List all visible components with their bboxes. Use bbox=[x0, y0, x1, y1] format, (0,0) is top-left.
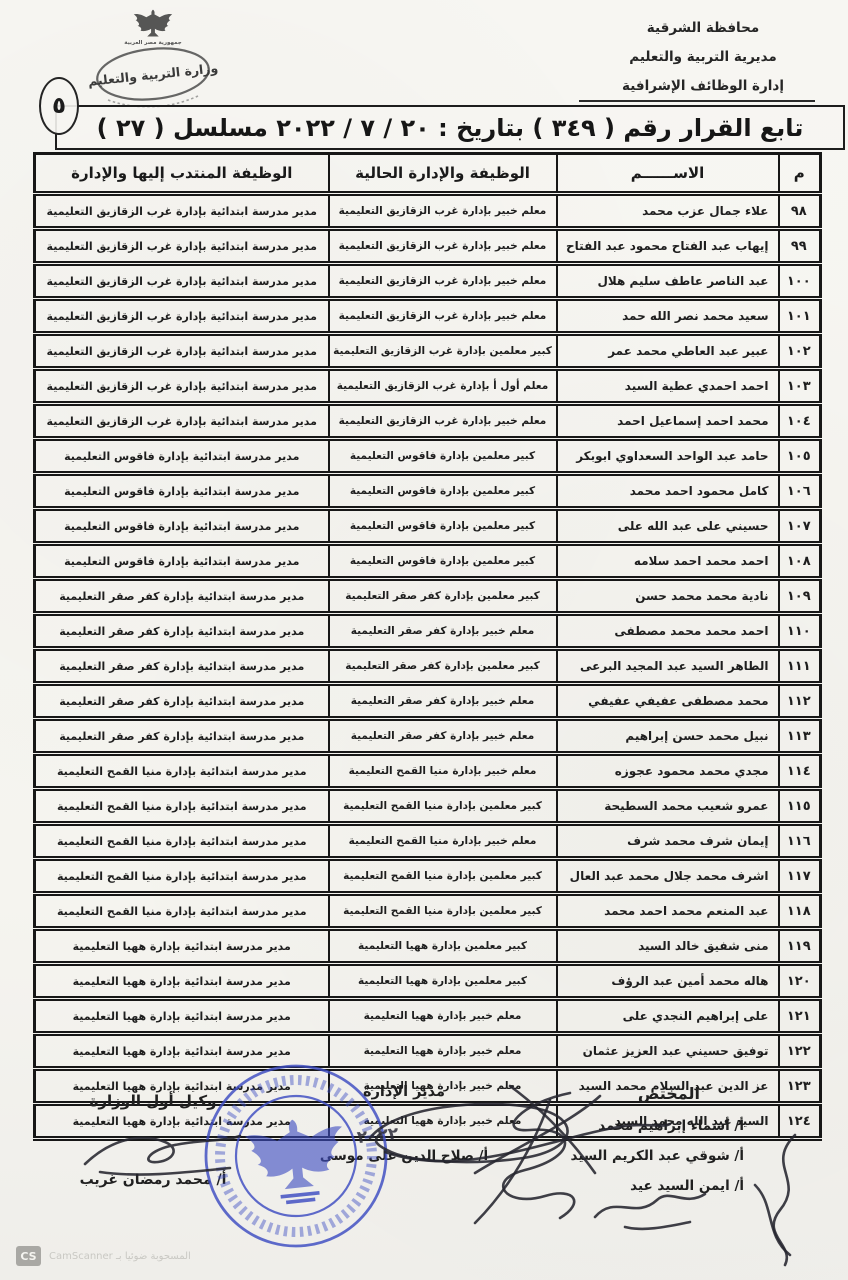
org-line-directorate: مديرية التربية والتعليم bbox=[592, 43, 814, 72]
header-emblems: جمهورية مصر العربية وزارة التربية والتعل… bbox=[86, 2, 220, 114]
cell-current: معلم خبير بإدارة غرب الزقازيق التعليمية bbox=[329, 229, 557, 264]
cell-name: علاء جمال عزب محمد bbox=[557, 194, 779, 229]
cell-current: كبير معلمين بإدارة منيا القمح التعليمية bbox=[329, 894, 557, 929]
table-row: ١٠٥حامد عبد الواحد السعداوي ابوبكركبير م… bbox=[35, 439, 821, 474]
cell-seconded: مدير مدرسة ابتدائية بإدارة منيا القمح ال… bbox=[35, 754, 329, 789]
decree-table: م الاســــــم الوظيفة والإدارة الحالية ا… bbox=[33, 152, 822, 1141]
table-row: ٩٩إيهاب عبد الفتاح محمود عبد الفتاحمعلم … bbox=[35, 229, 821, 264]
cell-num: ١٠٢ bbox=[779, 334, 821, 369]
page-number-circle: ٥ bbox=[39, 77, 79, 135]
cell-name: على إبراهيم النجدي على bbox=[557, 999, 779, 1034]
camscanner-label: المسحوبة ضوئيا بـ CamScanner bbox=[49, 1251, 191, 1262]
cell-current: معلم خبير بإدارة كفر صقر التعليمية bbox=[329, 614, 557, 649]
cell-num: ١١٥ bbox=[779, 789, 821, 824]
table-row: ١١٨عبد المنعم محمد احمد محمدكبير معلمين … bbox=[35, 894, 821, 929]
table-row: ١١٩منى شفيق خالد السيدكبير معلمين بإدارة… bbox=[35, 929, 821, 964]
cell-current: معلم خبير بإدارة منيا القمح التعليمية bbox=[329, 824, 557, 859]
cell-seconded: مدير مدرسة ابتدائية بإدارة فاقوس التعليم… bbox=[35, 509, 329, 544]
cell-current: كبير معلمين بإدارة فاقوس التعليمية bbox=[329, 474, 557, 509]
table-row: ١١١الطاهر السيد عبد المجيد البرعىكبير مع… bbox=[35, 649, 821, 684]
table-row: ١١٦إيمان شرف محمد شرفمعلم خبير بإدارة من… bbox=[35, 824, 821, 859]
cell-seconded: مدير مدرسة ابتدائية بإدارة ههيا التعليمي… bbox=[35, 999, 329, 1034]
table-row: ١٢٠هاله محمد أمين عبد الرؤفكبير معلمين ب… bbox=[35, 964, 821, 999]
org-line-governorate: محافظة الشرقية bbox=[592, 14, 814, 43]
decree-title-box: تابع القرار رقم ( ٣٤٩ ) بتاريخ : ٢٠ / ٧ … bbox=[55, 105, 845, 150]
cell-seconded: مدير مدرسة ابتدائية بإدارة منيا القمح ال… bbox=[35, 789, 329, 824]
table-row: ١٠٠عبد الناصر عاطف سليم هلالمعلم خبير بإ… bbox=[35, 264, 821, 299]
cell-name: توفيق حسيني عبد العزيز عثمان bbox=[557, 1034, 779, 1069]
cell-num: ١٢١ bbox=[779, 999, 821, 1034]
cell-current: معلم أول أ بإدارة غرب الزقازيق التعليمية bbox=[329, 369, 557, 404]
table-header-name: الاســــــم bbox=[557, 154, 779, 194]
table-header-row: م الاســــــم الوظيفة والإدارة الحالية ا… bbox=[35, 154, 821, 194]
table-header-current: الوظيفة والإدارة الحالية bbox=[329, 154, 557, 194]
cell-seconded: مدير مدرسة ابتدائية بإدارة فاقوس التعليم… bbox=[35, 544, 329, 579]
cell-current: كبير معلمين بإدارة منيا القمح التعليمية bbox=[329, 789, 557, 824]
cell-seconded: مدير مدرسة ابتدائية بإدارة فاقوس التعليم… bbox=[35, 439, 329, 474]
ministry-logo-icon: وزارة التربية والتعليم bbox=[86, 42, 220, 105]
cell-name: احمد محمد محمد مصطفى bbox=[557, 614, 779, 649]
cell-num: ١٢٣ bbox=[779, 1069, 821, 1104]
table-row: ١٠٨احمد محمد احمد سلامهكبير معلمين بإدار… bbox=[35, 544, 821, 579]
cell-name: عبد الناصر عاطف سليم هلال bbox=[557, 264, 779, 299]
cell-seconded: مدير مدرسة ابتدائية بإدارة منيا القمح ال… bbox=[35, 894, 329, 929]
cell-name: سعيد محمد نصر الله حمد bbox=[557, 299, 779, 334]
cell-name: نادية محمد محمد حسن bbox=[557, 579, 779, 614]
cell-current: كبير معلمين بإدارة ههيا التعليمية bbox=[329, 929, 557, 964]
table-row: ١٠٣احمد احمدي عطية السيدمعلم أول أ بإدار… bbox=[35, 369, 821, 404]
table-header-seconded: الوظيفة المنتدب إليها والإدارة bbox=[35, 154, 329, 194]
table-row: ١٠٢عبير عبد العاطي محمد عمركبير معلمين ب… bbox=[35, 334, 821, 369]
org-line-department: إدارة الوظائف الإشرافية bbox=[592, 72, 814, 101]
cell-num: ١١١ bbox=[779, 649, 821, 684]
cell-num: ١١٣ bbox=[779, 719, 821, 754]
cell-num: ١٠٤ bbox=[779, 404, 821, 439]
cell-current: كبير معلمين بإدارة ههيا التعليمية bbox=[329, 964, 557, 999]
cell-name: محمد مصطفى عفيفي عفيفي bbox=[557, 684, 779, 719]
cell-current: كبير معلمين بإدارة فاقوس التعليمية bbox=[329, 544, 557, 579]
decree-title: تابع القرار رقم ( ٣٤٩ ) بتاريخ : ٢٠ / ٧ … bbox=[97, 114, 804, 142]
table-row: ١١٣نبيل محمد حسن إبراهيممعلم خبير بإدارة… bbox=[35, 719, 821, 754]
table-row: ١٢٢توفيق حسيني عبد العزيز عثمانمعلم خبير… bbox=[35, 1034, 821, 1069]
table-row: ١١٧اشرف محمد جلال محمد عبد العالكبير معل… bbox=[35, 859, 821, 894]
scanned-decree-document: محافظة الشرقية مديرية التربية والتعليم إ… bbox=[0, 0, 848, 1280]
cell-name: الطاهر السيد عبد المجيد البرعى bbox=[557, 649, 779, 684]
table-header-num: م bbox=[779, 154, 821, 194]
cell-name: هاله محمد أمين عبد الرؤف bbox=[557, 964, 779, 999]
table-row: ١٠٦كامل محمود احمد محمدكبير معلمين بإدار… bbox=[35, 474, 821, 509]
cell-num: ١١٤ bbox=[779, 754, 821, 789]
cell-num: ١٠٥ bbox=[779, 439, 821, 474]
cell-num: ١٢٢ bbox=[779, 1034, 821, 1069]
cell-name: كامل محمود احمد محمد bbox=[557, 474, 779, 509]
cell-seconded: مدير مدرسة ابتدائية بإدارة كفر صقر التعل… bbox=[35, 614, 329, 649]
camscanner-badge: CS bbox=[16, 1246, 41, 1266]
cell-name: عبد المنعم محمد احمد محمد bbox=[557, 894, 779, 929]
table-row: ١١٢محمد مصطفى عفيفي عفيفيمعلم خبير بإدار… bbox=[35, 684, 821, 719]
cell-name: عبير عبد العاطي محمد عمر bbox=[557, 334, 779, 369]
cell-num: ١١٠ bbox=[779, 614, 821, 649]
cell-num: ١٠٨ bbox=[779, 544, 821, 579]
cell-num: ١١٩ bbox=[779, 929, 821, 964]
cell-name: مجدي محمد محمود عجوزه bbox=[557, 754, 779, 789]
cell-seconded: مدير مدرسة ابتدائية بإدارة غرب الزقازيق … bbox=[35, 229, 329, 264]
table-row: ٩٨علاء جمال عزب محمدمعلم خبير بإدارة غرب… bbox=[35, 194, 821, 229]
cell-seconded: مدير مدرسة ابتدائية بإدارة غرب الزقازيق … bbox=[35, 264, 329, 299]
cell-seconded: مدير مدرسة ابتدائية بإدارة غرب الزقازيق … bbox=[35, 369, 329, 404]
cell-name: عمرو شعيب محمد السطيحة bbox=[557, 789, 779, 824]
cell-name: حامد عبد الواحد السعداوي ابوبكر bbox=[557, 439, 779, 474]
cell-current: كبير معلمين بإدارة منيا القمح التعليمية bbox=[329, 859, 557, 894]
cell-seconded: مدير مدرسة ابتدائية بإدارة كفر صقر التعل… bbox=[35, 684, 329, 719]
cell-num: ١٠٣ bbox=[779, 369, 821, 404]
cell-current: معلم خبير بإدارة غرب الزقازيق التعليمية bbox=[329, 264, 557, 299]
cell-seconded: مدير مدرسة ابتدائية بإدارة غرب الزقازيق … bbox=[35, 334, 329, 369]
cell-current: معلم خبير بإدارة غرب الزقازيق التعليمية bbox=[329, 404, 557, 439]
cell-seconded: مدير مدرسة ابتدائية بإدارة كفر صقر التعل… bbox=[35, 719, 329, 754]
table-row: ١١٥عمرو شعيب محمد السطيحةكبير معلمين بإد… bbox=[35, 789, 821, 824]
table-row: ١١٤مجدي محمد محمود عجوزهمعلم خبير بإدارة… bbox=[35, 754, 821, 789]
cell-current: معلم خبير بإدارة غرب الزقازيق التعليمية bbox=[329, 299, 557, 334]
cell-current: معلم خبير بإدارة كفر صقر التعليمية bbox=[329, 684, 557, 719]
cell-current: معلم خبير بإدارة منيا القمح التعليمية bbox=[329, 754, 557, 789]
cell-num: ٩٨ bbox=[779, 194, 821, 229]
cell-num: ١١٦ bbox=[779, 824, 821, 859]
cell-name: احمد محمد احمد سلامه bbox=[557, 544, 779, 579]
cell-current: كبير معلمين بإدارة كفر صقر التعليمية bbox=[329, 649, 557, 684]
cell-seconded: مدير مدرسة ابتدائية بإدارة كفر صقر التعل… bbox=[35, 579, 329, 614]
cell-current: معلم خبير بإدارة كفر صقر التعليمية bbox=[329, 719, 557, 754]
right-margin-signature bbox=[735, 1125, 845, 1275]
cell-num: ١٠١ bbox=[779, 299, 821, 334]
cell-num: ١٠٠ bbox=[779, 264, 821, 299]
table-row: ١٠٩نادية محمد محمد حسنكبير معلمين بإدارة… bbox=[35, 579, 821, 614]
cell-seconded: مدير مدرسة ابتدائية بإدارة منيا القمح ال… bbox=[35, 859, 329, 894]
cell-current: كبير معلمين بإدارة فاقوس التعليمية bbox=[329, 439, 557, 474]
cell-current: معلم خبير بإدارة ههيا التعليمية bbox=[329, 999, 557, 1034]
cell-seconded: مدير مدرسة ابتدائية بإدارة غرب الزقازيق … bbox=[35, 299, 329, 334]
undersecretary-signature bbox=[70, 1112, 250, 1187]
cell-seconded: مدير مدرسة ابتدائية بإدارة ههيا التعليمي… bbox=[35, 929, 329, 964]
cell-name: حسيني على عبد الله على bbox=[557, 509, 779, 544]
cell-num: ١١٧ bbox=[779, 859, 821, 894]
header-underline bbox=[579, 100, 815, 102]
header-org-block: محافظة الشرقية مديرية التربية والتعليم إ… bbox=[592, 14, 814, 101]
cell-seconded: مدير مدرسة ابتدائية بإدارة منيا القمح ال… bbox=[35, 824, 329, 859]
cell-seconded: مدير مدرسة ابتدائية بإدارة كفر صقر التعل… bbox=[35, 649, 329, 684]
cell-num: ١٠٦ bbox=[779, 474, 821, 509]
cell-name: اشرف محمد جلال محمد عبد العال bbox=[557, 859, 779, 894]
cell-name: احمد احمدي عطية السيد bbox=[557, 369, 779, 404]
cell-current: كبير معلمين بإدارة فاقوس التعليمية bbox=[329, 509, 557, 544]
table-row: ١٠٧حسيني على عبد الله علىكبير معلمين بإد… bbox=[35, 509, 821, 544]
cell-num: ١١٨ bbox=[779, 894, 821, 929]
cell-num: ١٢٠ bbox=[779, 964, 821, 999]
cell-current: كبير معلمين بإدارة غرب الزقازيق التعليمي… bbox=[329, 334, 557, 369]
decree-table-body: ٩٨علاء جمال عزب محمدمعلم خبير بإدارة غرب… bbox=[35, 194, 821, 1139]
cell-name: منى شفيق خالد السيد bbox=[557, 929, 779, 964]
table-row: ١٢١على إبراهيم النجدي علىمعلم خبير بإدار… bbox=[35, 999, 821, 1034]
cell-seconded: مدير مدرسة ابتدائية بإدارة ههيا التعليمي… bbox=[35, 964, 329, 999]
cell-num: ٩٩ bbox=[779, 229, 821, 264]
cell-seconded: مدير مدرسة ابتدائية بإدارة فاقوس التعليم… bbox=[35, 474, 329, 509]
cell-num: ١٠٩ bbox=[779, 579, 821, 614]
table-row: ١٠٤محمد احمد إسماعيل احمدمعلم خبير بإدار… bbox=[35, 404, 821, 439]
ayman-handwriting bbox=[585, 1182, 715, 1237]
cell-name: إيهاب عبد الفتاح محمود عبد الفتاح bbox=[557, 229, 779, 264]
cell-name: نبيل محمد حسن إبراهيم bbox=[557, 719, 779, 754]
cell-seconded: مدير مدرسة ابتدائية بإدارة غرب الزقازيق … bbox=[35, 404, 329, 439]
cell-num: ١٠٧ bbox=[779, 509, 821, 544]
eagle-emblem-icon bbox=[134, 10, 172, 37]
scanner-watermark: CS المسحوبة ضوئيا بـ CamScanner bbox=[16, 1246, 191, 1266]
cell-current: معلم خبير بإدارة غرب الزقازيق التعليمية bbox=[329, 194, 557, 229]
cell-name: إيمان شرف محمد شرف bbox=[557, 824, 779, 859]
cell-name: محمد احمد إسماعيل احمد bbox=[557, 404, 779, 439]
cell-current: كبير معلمين بإدارة كفر صقر التعليمية bbox=[329, 579, 557, 614]
cell-num: ١١٢ bbox=[779, 684, 821, 719]
table-row: ١١٠احمد محمد محمد مصطفىمعلم خبير بإدارة … bbox=[35, 614, 821, 649]
republic-caption: جمهورية مصر العربية bbox=[124, 40, 182, 46]
cell-seconded: مدير مدرسة ابتدائية بإدارة غرب الزقازيق … bbox=[35, 194, 329, 229]
table-row: ١٠١سعيد محمد نصر الله حمدمعلم خبير بإدار… bbox=[35, 299, 821, 334]
